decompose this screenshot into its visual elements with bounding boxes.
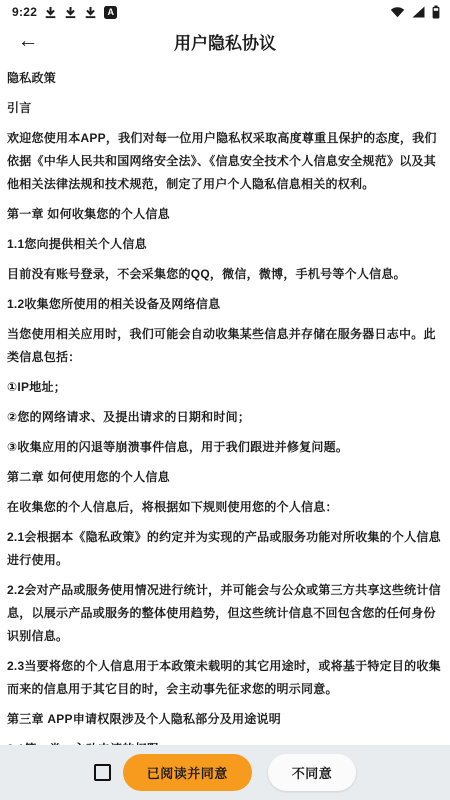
policy-paragraph: 在收集您的个人信息后，将根据如下规则使用您的个人信息： [7,496,443,519]
policy-paragraph: 第二章 如何使用您的个人信息 [7,466,443,489]
policy-paragraph: 2.3当要将您的个人信息用于本政策未载明的其它用途时，或将基于特定目的收集而来的… [7,655,443,701]
agree-checkbox[interactable] [94,764,111,781]
consent-bar: 已阅读并同意 不同意 [0,745,450,800]
privacy-policy-body[interactable]: 隐私政策 引言 欢迎您使用本APP，我们对每一位用户隐私权采取高度尊重且保护的态… [0,58,450,745]
policy-paragraph: ②您的网络请求、及提出请求的日期和时间； [7,406,443,429]
download-icon [44,6,57,19]
policy-paragraph: 欢迎您使用本APP，我们对每一位用户隐私权采取高度尊重且保护的态度，我们依据《中… [7,127,443,196]
download-icon [64,6,77,19]
policy-paragraph: 1.2收集您所使用的相关设备及网络信息 [7,293,443,316]
policy-paragraph: 3.1第一类，主动申请的权限 [7,738,443,745]
policy-paragraph: 目前没有账号登录，不会采集您的QQ，微信，微博，手机号等个人信息。 [7,263,443,286]
policy-paragraph: 引言 [7,97,443,120]
app-bar: ← 用户隐私协议 [0,24,450,58]
policy-paragraph: 当您使用相关应用时，我们可能会自动收集某些信息并存储在服务器日志中。此类信息包括… [7,323,443,369]
policy-paragraph: ③收集应用的闪退等崩溃事件信息，用于我们跟进并修复问题。 [7,436,443,459]
app-notification-icon: A [104,6,117,19]
policy-paragraph: 2.1会根据本《隐私政策》的约定并为实现的产品或服务功能对所收集的个人信息进行使… [7,526,443,572]
status-time: 9:22 [12,5,37,19]
status-bar-right [390,5,440,19]
back-button[interactable]: ← [10,24,46,58]
wifi-icon [390,6,405,18]
cellular-signal-icon [412,6,425,18]
status-bar-left: 9:22 A [12,5,117,19]
policy-paragraph: 隐私政策 [7,67,443,90]
policy-paragraph: 1.1您向提供相关个人信息 [7,233,443,256]
status-bar: 9:22 A [0,0,450,24]
policy-paragraph: ①IP地址； [7,376,443,399]
battery-icon [432,5,440,19]
policy-paragraph: 第一章 如何收集您的个人信息 [7,203,443,226]
disagree-button[interactable]: 不同意 [268,754,357,791]
policy-paragraph: 2.2会对产品或服务使用情况进行统计，并可能会与公众或第三方共享这些统计信息，以… [7,579,443,648]
page-title: 用户隐私协议 [174,29,276,54]
download-icon [84,6,97,19]
agree-button[interactable]: 已阅读并同意 [123,754,252,791]
policy-paragraph: 第三章 APP申请权限涉及个人隐私部分及用途说明 [7,708,443,731]
